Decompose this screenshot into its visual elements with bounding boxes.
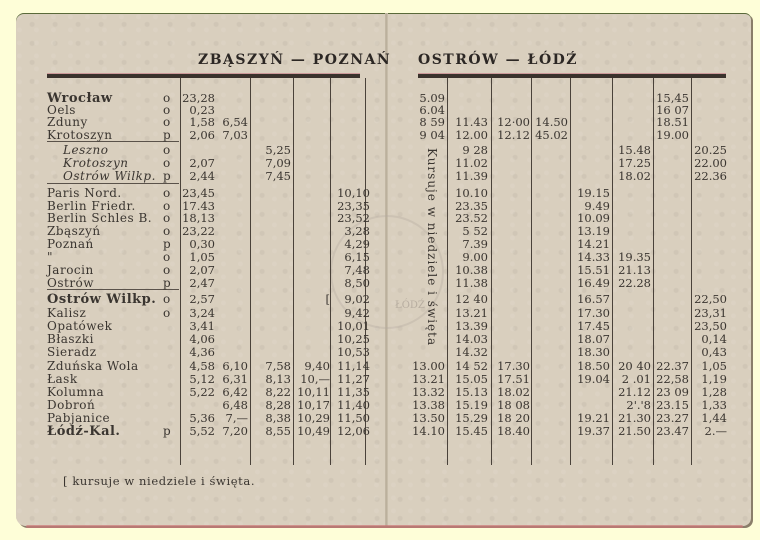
stamp-label: ŁÓDŹ bbox=[395, 300, 425, 311]
vertical-note: Kursuje w niedziele i święta bbox=[425, 148, 439, 346]
departure-time: 15.45 bbox=[443, 425, 488, 438]
departure-time: 4,36 bbox=[170, 346, 215, 359]
departure-time: 7,03 bbox=[203, 129, 248, 142]
departure-time: 2.— bbox=[682, 425, 727, 438]
departure-time: 22.28 bbox=[606, 277, 651, 290]
departure-time: 14.32 bbox=[443, 346, 488, 359]
departure-time: 2,47 bbox=[170, 277, 215, 290]
departure-time: 19.00 bbox=[644, 129, 689, 142]
departure-time: [ bbox=[285, 293, 330, 306]
page-edge bbox=[26, 525, 743, 528]
departure-time: 22,50 bbox=[682, 293, 727, 306]
departure-time: 12.00 bbox=[443, 129, 488, 142]
station-name: Krotoszyn bbox=[47, 129, 112, 142]
departure-time: 2,57 bbox=[170, 293, 215, 306]
departure-time: 10,49 bbox=[285, 425, 330, 438]
departure-time: 18.02 bbox=[606, 170, 651, 183]
departure-time: 22.36 bbox=[682, 170, 727, 183]
departure-time: 11.39 bbox=[443, 170, 488, 183]
departure-time: 19.04 bbox=[565, 373, 610, 386]
departure-time: 18.40 bbox=[485, 425, 530, 438]
departure-time: 10,53 bbox=[325, 346, 370, 359]
departure-time: 7,20 bbox=[203, 425, 248, 438]
departure-time: 14.10 bbox=[400, 425, 445, 438]
station-name: Łódź-Kal. bbox=[47, 425, 120, 438]
station-name: Ostrów Wilkp. bbox=[47, 293, 156, 306]
departure-time: 19.37 bbox=[565, 425, 610, 438]
footnote: [ kursuje w niedziele i święta. bbox=[63, 474, 255, 488]
station-name: Ostrów bbox=[47, 277, 94, 290]
right-page-title: OSTRÓW — ŁÓDŹ bbox=[418, 52, 578, 68]
departure-time: 9 04 bbox=[400, 129, 445, 142]
title-rule bbox=[47, 73, 360, 78]
departure-time: 8,50 bbox=[325, 277, 370, 290]
departure-time: 45.02 bbox=[523, 129, 568, 142]
departure-time: 0,43 bbox=[682, 346, 727, 359]
departure-time: 11.38 bbox=[443, 277, 488, 290]
departure-time: 16.49 bbox=[565, 277, 610, 290]
departure-time: 12,06 bbox=[325, 425, 370, 438]
station-name: Sieradz bbox=[47, 346, 97, 359]
station-name: Ostrów Wilkp. bbox=[63, 170, 156, 183]
section-divider bbox=[47, 183, 179, 184]
departure-time: 9,02 bbox=[325, 293, 370, 306]
departure-time: 12 40 bbox=[443, 293, 488, 306]
left-page-title: ZBĄSZYŃ — POZNAŃ bbox=[198, 52, 391, 68]
title-rule bbox=[418, 73, 726, 78]
departure-time: 18.30 bbox=[565, 346, 610, 359]
departure-time: 16.57 bbox=[565, 293, 610, 306]
departure-time: 7,45 bbox=[246, 170, 291, 183]
station-name: Poznań bbox=[47, 238, 94, 251]
departure-time: 2,44 bbox=[170, 170, 215, 183]
